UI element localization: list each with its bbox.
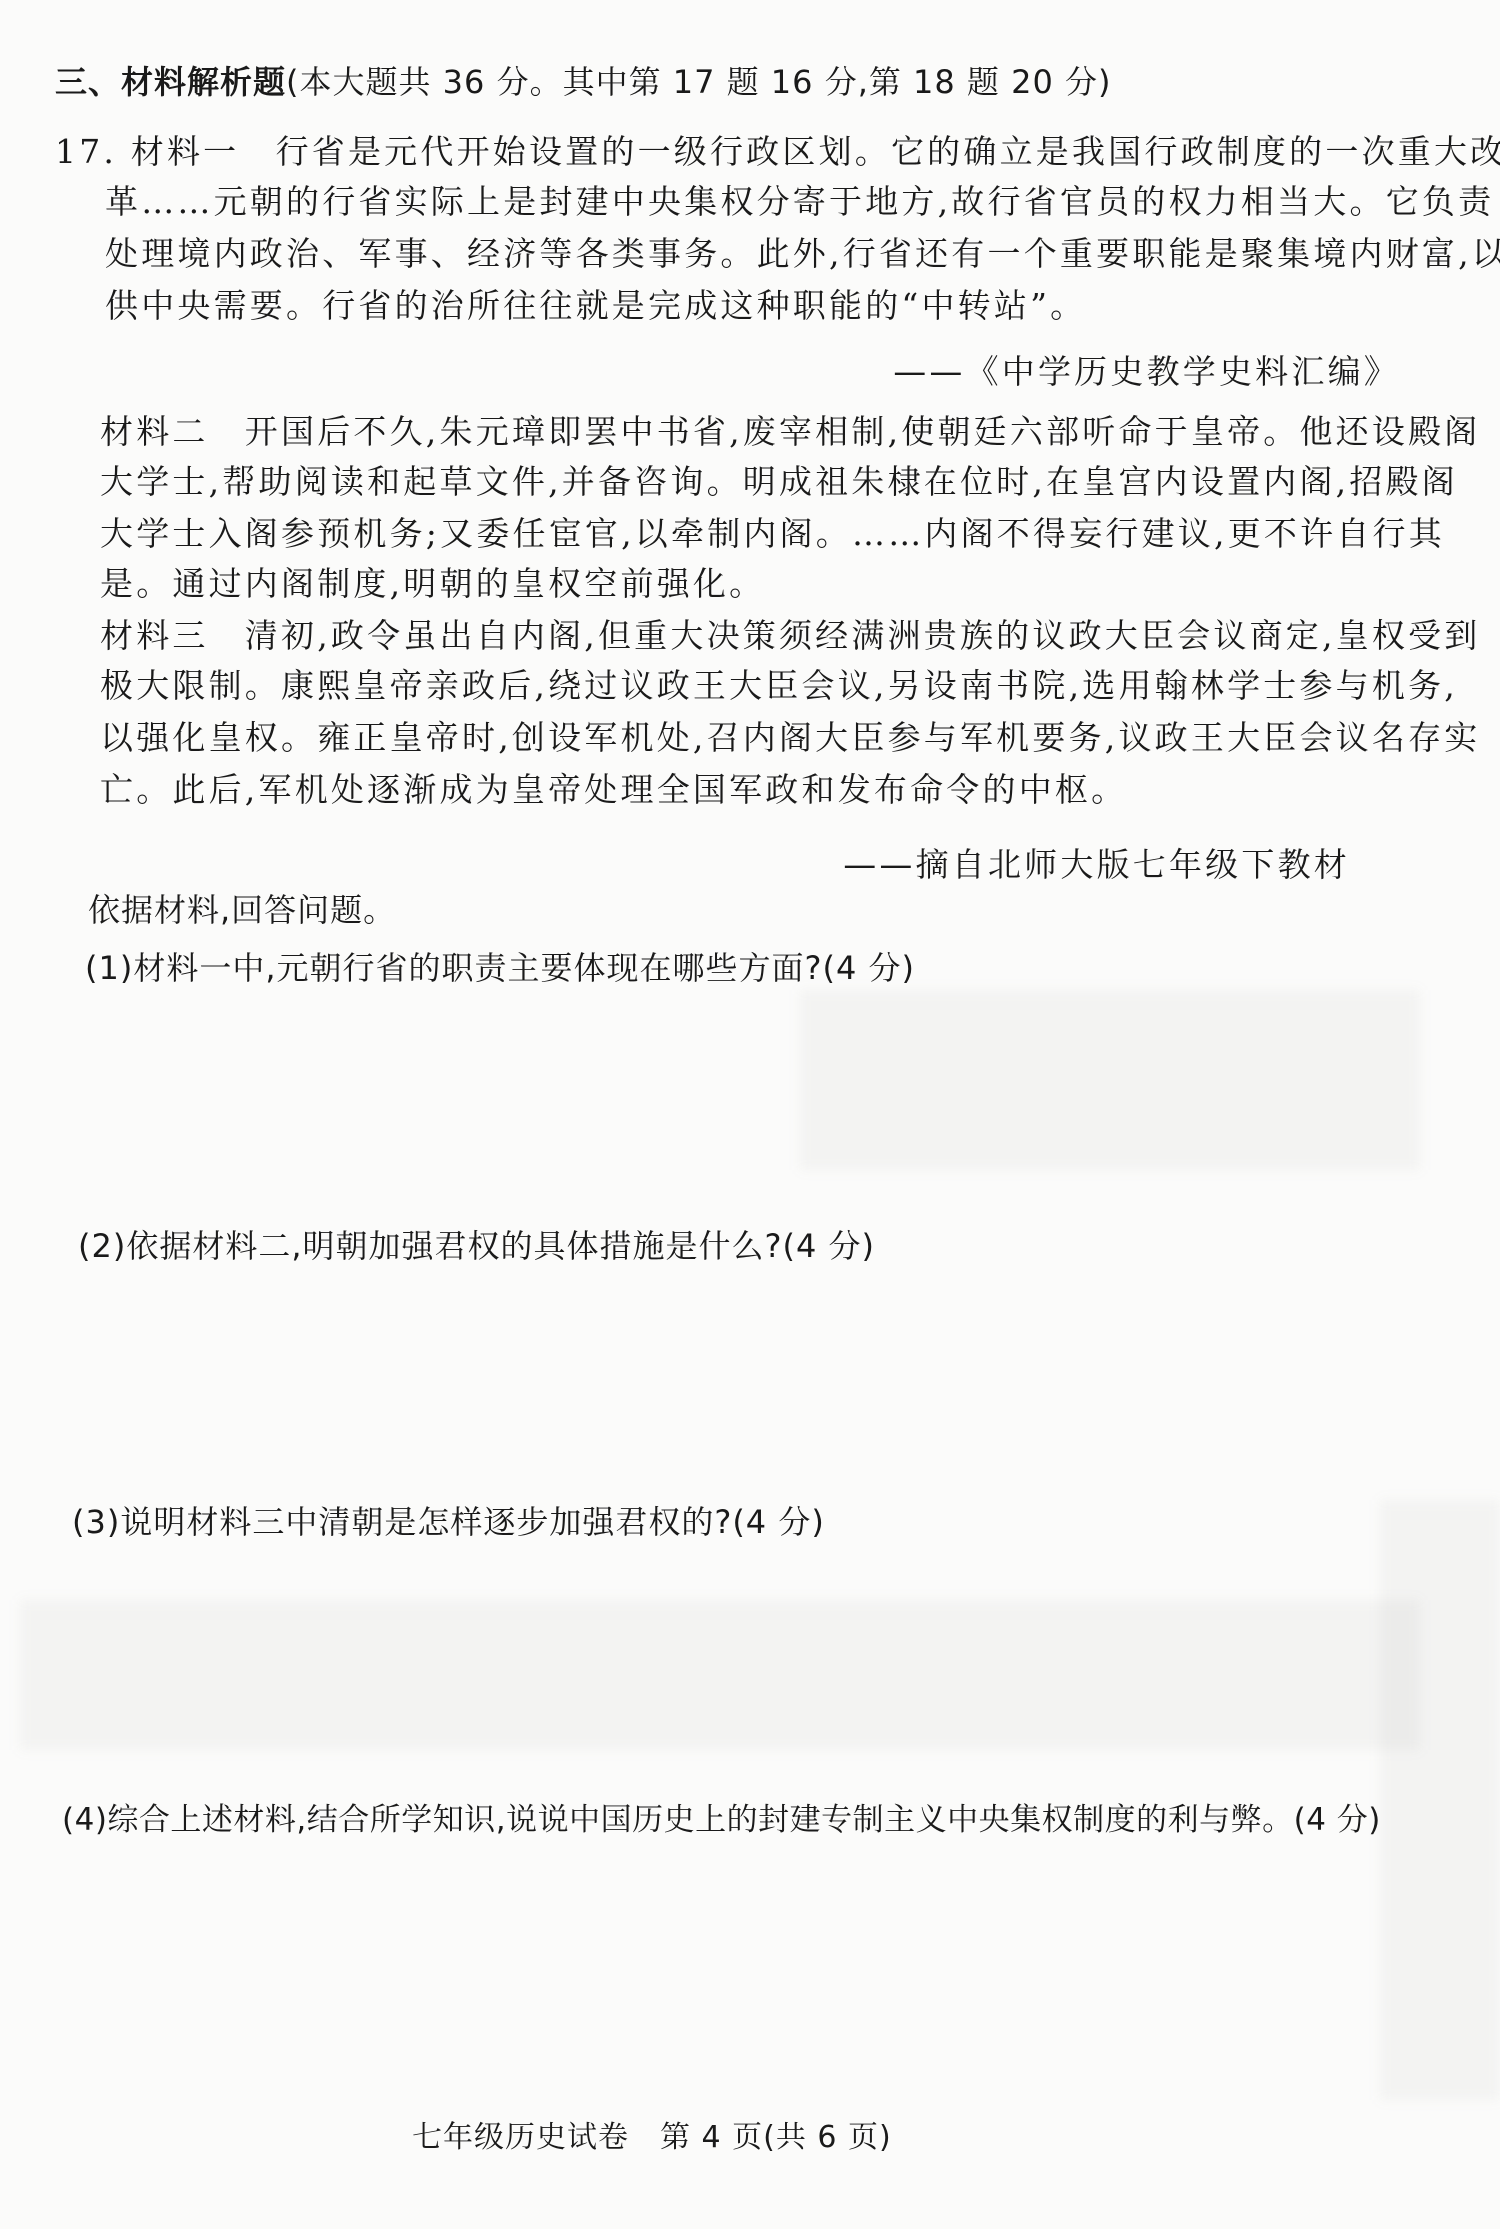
- material-line: 亡。此后,军机处逐渐成为皇帝处理全国军政和发布命令的中枢。: [100, 770, 1127, 810]
- section-title: 三、材料解析题: [55, 63, 286, 101]
- bleed-through-shadow: [20, 1600, 1420, 1750]
- subquestion-4: (4)综合上述材料,结合所学知识,说说中国历史上的封建专制主义中央集权制度的利与…: [62, 1800, 1381, 1840]
- material-source: ——《中学历史教学史料汇编》: [893, 352, 1400, 392]
- bleed-through-shadow: [1380, 1500, 1500, 2100]
- material-line: 大学士入阁参预机务;又委任宦官,以牵制内阁。……内阁不得妄行建议,更不许自行其: [100, 514, 1445, 554]
- material-line: 材料三 清初,政令虽出自内阁,但重大决策须经满洲贵族的议政大臣会议商定,皇权受到: [100, 616, 1480, 656]
- material-line: 处理境内政治、军事、经济等各类事务。此外,行省还有一个重要职能是聚集境内财富,以: [105, 234, 1500, 274]
- material-source: ——摘自北师大版七年级下教材: [843, 845, 1350, 885]
- subquestion-3: (3)说明材料三中清朝是怎样逐步加强君权的?(4 分): [72, 1502, 825, 1542]
- material-line: 材料二 开国后不久,朱元璋即罢中书省,废宰相制,使朝廷六部听命于皇帝。他还设殿阁: [100, 412, 1480, 452]
- bleed-through-shadow: [800, 990, 1420, 1170]
- material-line: 大学士,帮助阅读和起草文件,并备咨询。明成祖朱棣在位时,在皇宫内设置内阁,招殿阁: [100, 462, 1458, 502]
- material-line: 革……元朝的行省实际上是封建中央集权分寄于地方,故行省官员的权力相当大。它负责: [105, 182, 1494, 222]
- material-line: 极大限制。康熙皇帝亲政后,绕过议政王大臣会议,另设南书院,选用翰林学士参与机务,: [100, 666, 1458, 706]
- section-note: (本大题共 36 分。其中第 17 题 16 分,第 18 题 20 分): [286, 63, 1111, 101]
- material-line: 供中央需要。行省的治所往往就是完成这种职能的“中转站”。: [105, 286, 1086, 326]
- instruction-text: 依据材料,回答问题。: [88, 890, 396, 930]
- subquestion-2: (2)依据材料二,明朝加强君权的具体措施是什么?(4 分): [78, 1226, 875, 1266]
- material-line: 以强化皇权。雍正皇帝时,创设军机处,召内阁大臣参与军机要务,议政王大臣会议名存实: [100, 718, 1480, 758]
- material-line: 是。通过内阁制度,明朝的皇权空前强化。: [100, 564, 765, 604]
- subquestion-1: (1)材料一中,元朝行省的职责主要体现在哪些方面?(4 分): [85, 948, 915, 988]
- material-line: 17. 材料一 行省是元代开始设置的一级行政区划。它的确立是我国行政制度的一次重…: [55, 132, 1500, 172]
- page-footer: 七年级历史试卷 第 4 页(共 6 页): [412, 2118, 892, 2158]
